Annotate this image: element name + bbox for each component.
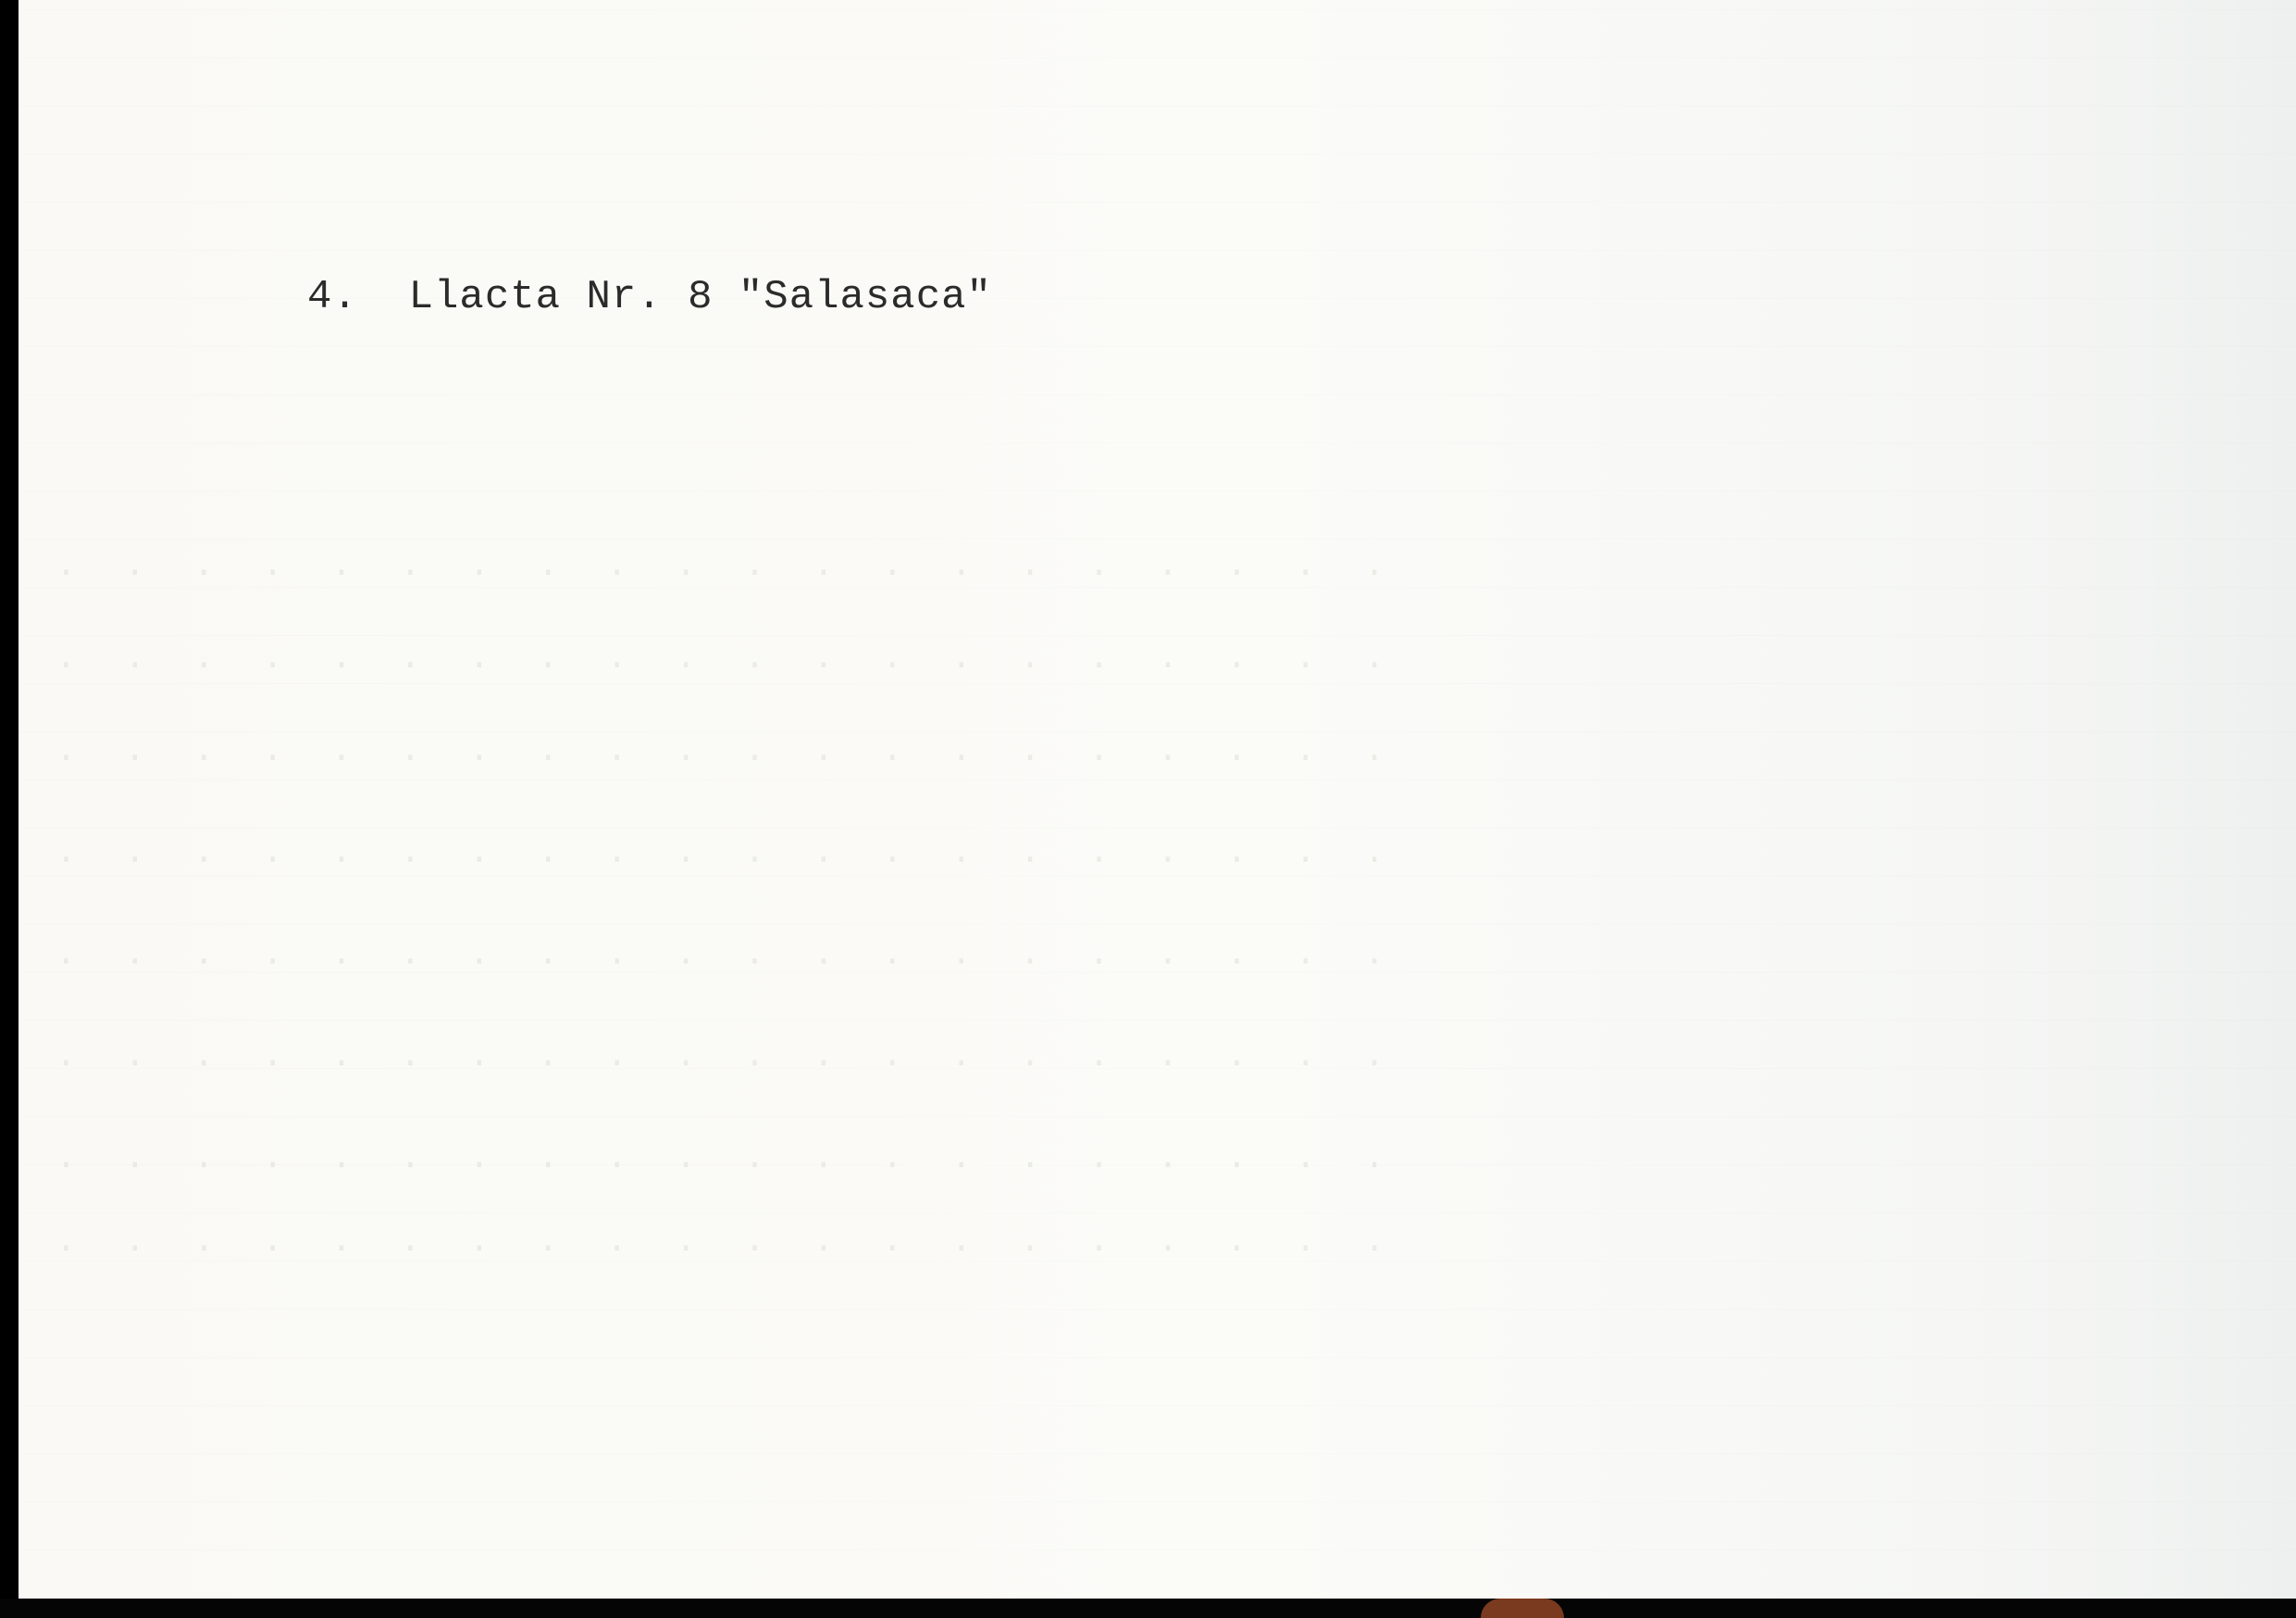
show-through-text: . . . . . . . . . . . . . . . . . . . . [56, 935, 1387, 975]
show-through-text: . . . . . . . . . . . . . . . . . . . . [56, 1139, 1387, 1178]
show-through-text: . . . . . . . . . . . . . . . . . . . . [56, 833, 1387, 873]
caption-number: 4. [307, 274, 358, 320]
caption-title: Llacta Nr. 8 "Salasaca" [409, 274, 992, 320]
caption-line: 4. Llacta Nr. 8 "Salasaca" [307, 274, 992, 320]
show-through-text: . . . . . . . . . . . . . . . . . . . . [56, 1222, 1387, 1262]
show-through-text: . . . . . . . . . . . . . . . . . . . . [56, 1037, 1387, 1077]
scan-border-bottom [0, 1599, 2296, 1618]
finger-shadow [1481, 1599, 1564, 1618]
show-through-text: . . . . . . . . . . . . . . . . . . . . [56, 546, 1387, 586]
caption-card: . . . . . . . . . . . . . . . . . . . . … [19, 0, 2296, 1599]
show-through-text: . . . . . . . . . . . . . . . . . . . . [56, 731, 1387, 771]
show-through-text: . . . . . . . . . . . . . . . . . . . . [56, 639, 1387, 678]
